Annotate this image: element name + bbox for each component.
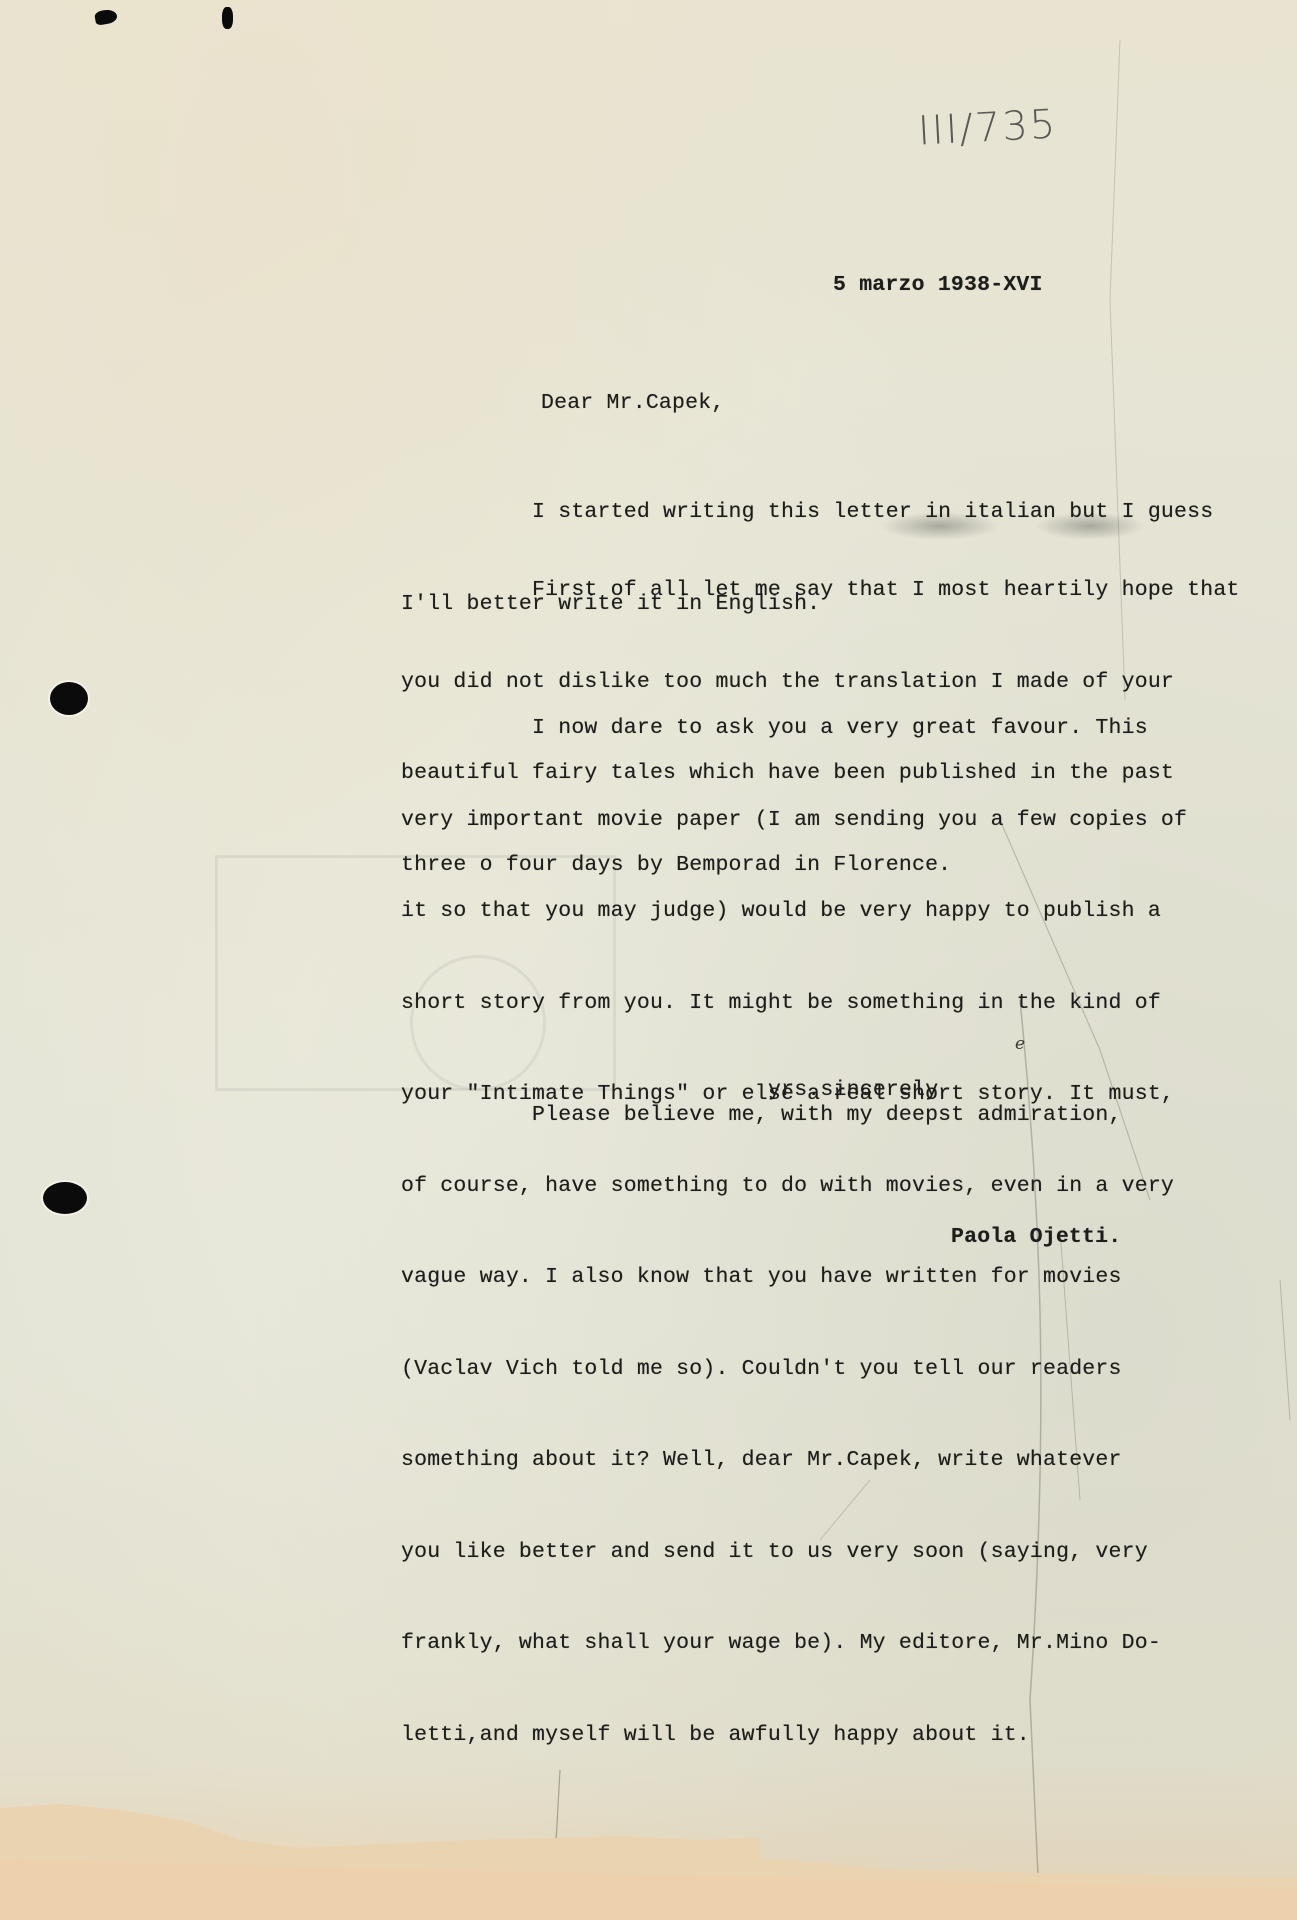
paragraph-3: I now dare to ask you a very great favou…	[401, 652, 1187, 1781]
text-line: it so that you may judge) would be very …	[401, 896, 1187, 927]
text-line: I now dare to ask you a very great favou…	[401, 713, 1187, 744]
text-line: frankly, what shall your wage be). My ed…	[401, 1628, 1187, 1659]
text-line: of course, have something to do with mov…	[401, 1171, 1187, 1202]
text-line: something about it? Well, dear Mr.Capek,…	[401, 1445, 1187, 1476]
text-line: vague way. I also know that you have wri…	[401, 1262, 1187, 1293]
text-line: Please believe me, with my deepst admira…	[401, 1100, 1122, 1131]
text-line: First of all let me say that I most hear…	[401, 575, 1240, 606]
torn-bottom-edge	[0, 1800, 1297, 1920]
letter-date: 5 marzo 1938-XVI	[833, 270, 1043, 301]
paragraph-4: Please believe me, with my deepst admira…	[401, 1039, 1122, 1161]
punch-hole-upper	[50, 682, 88, 715]
signature: Paola Ojetti.	[951, 1222, 1121, 1253]
damage-mark-right	[222, 7, 233, 29]
text-line: you like better and send it to us very s…	[401, 1537, 1187, 1568]
text-line: letti,and myself will be awfully happy a…	[401, 1720, 1187, 1751]
text-line: (Vaclav Vich told me so). Couldn't you t…	[401, 1354, 1187, 1385]
punch-hole-lower	[43, 1182, 87, 1214]
salutation: Dear Mr.Capek,	[541, 388, 724, 419]
closing: yrs.sincerely	[768, 1075, 938, 1106]
archive-number: III/735	[917, 101, 1058, 154]
text-line: very important movie paper (I am sending…	[401, 805, 1187, 836]
text-line: short story from you. It might be someth…	[401, 988, 1187, 1019]
